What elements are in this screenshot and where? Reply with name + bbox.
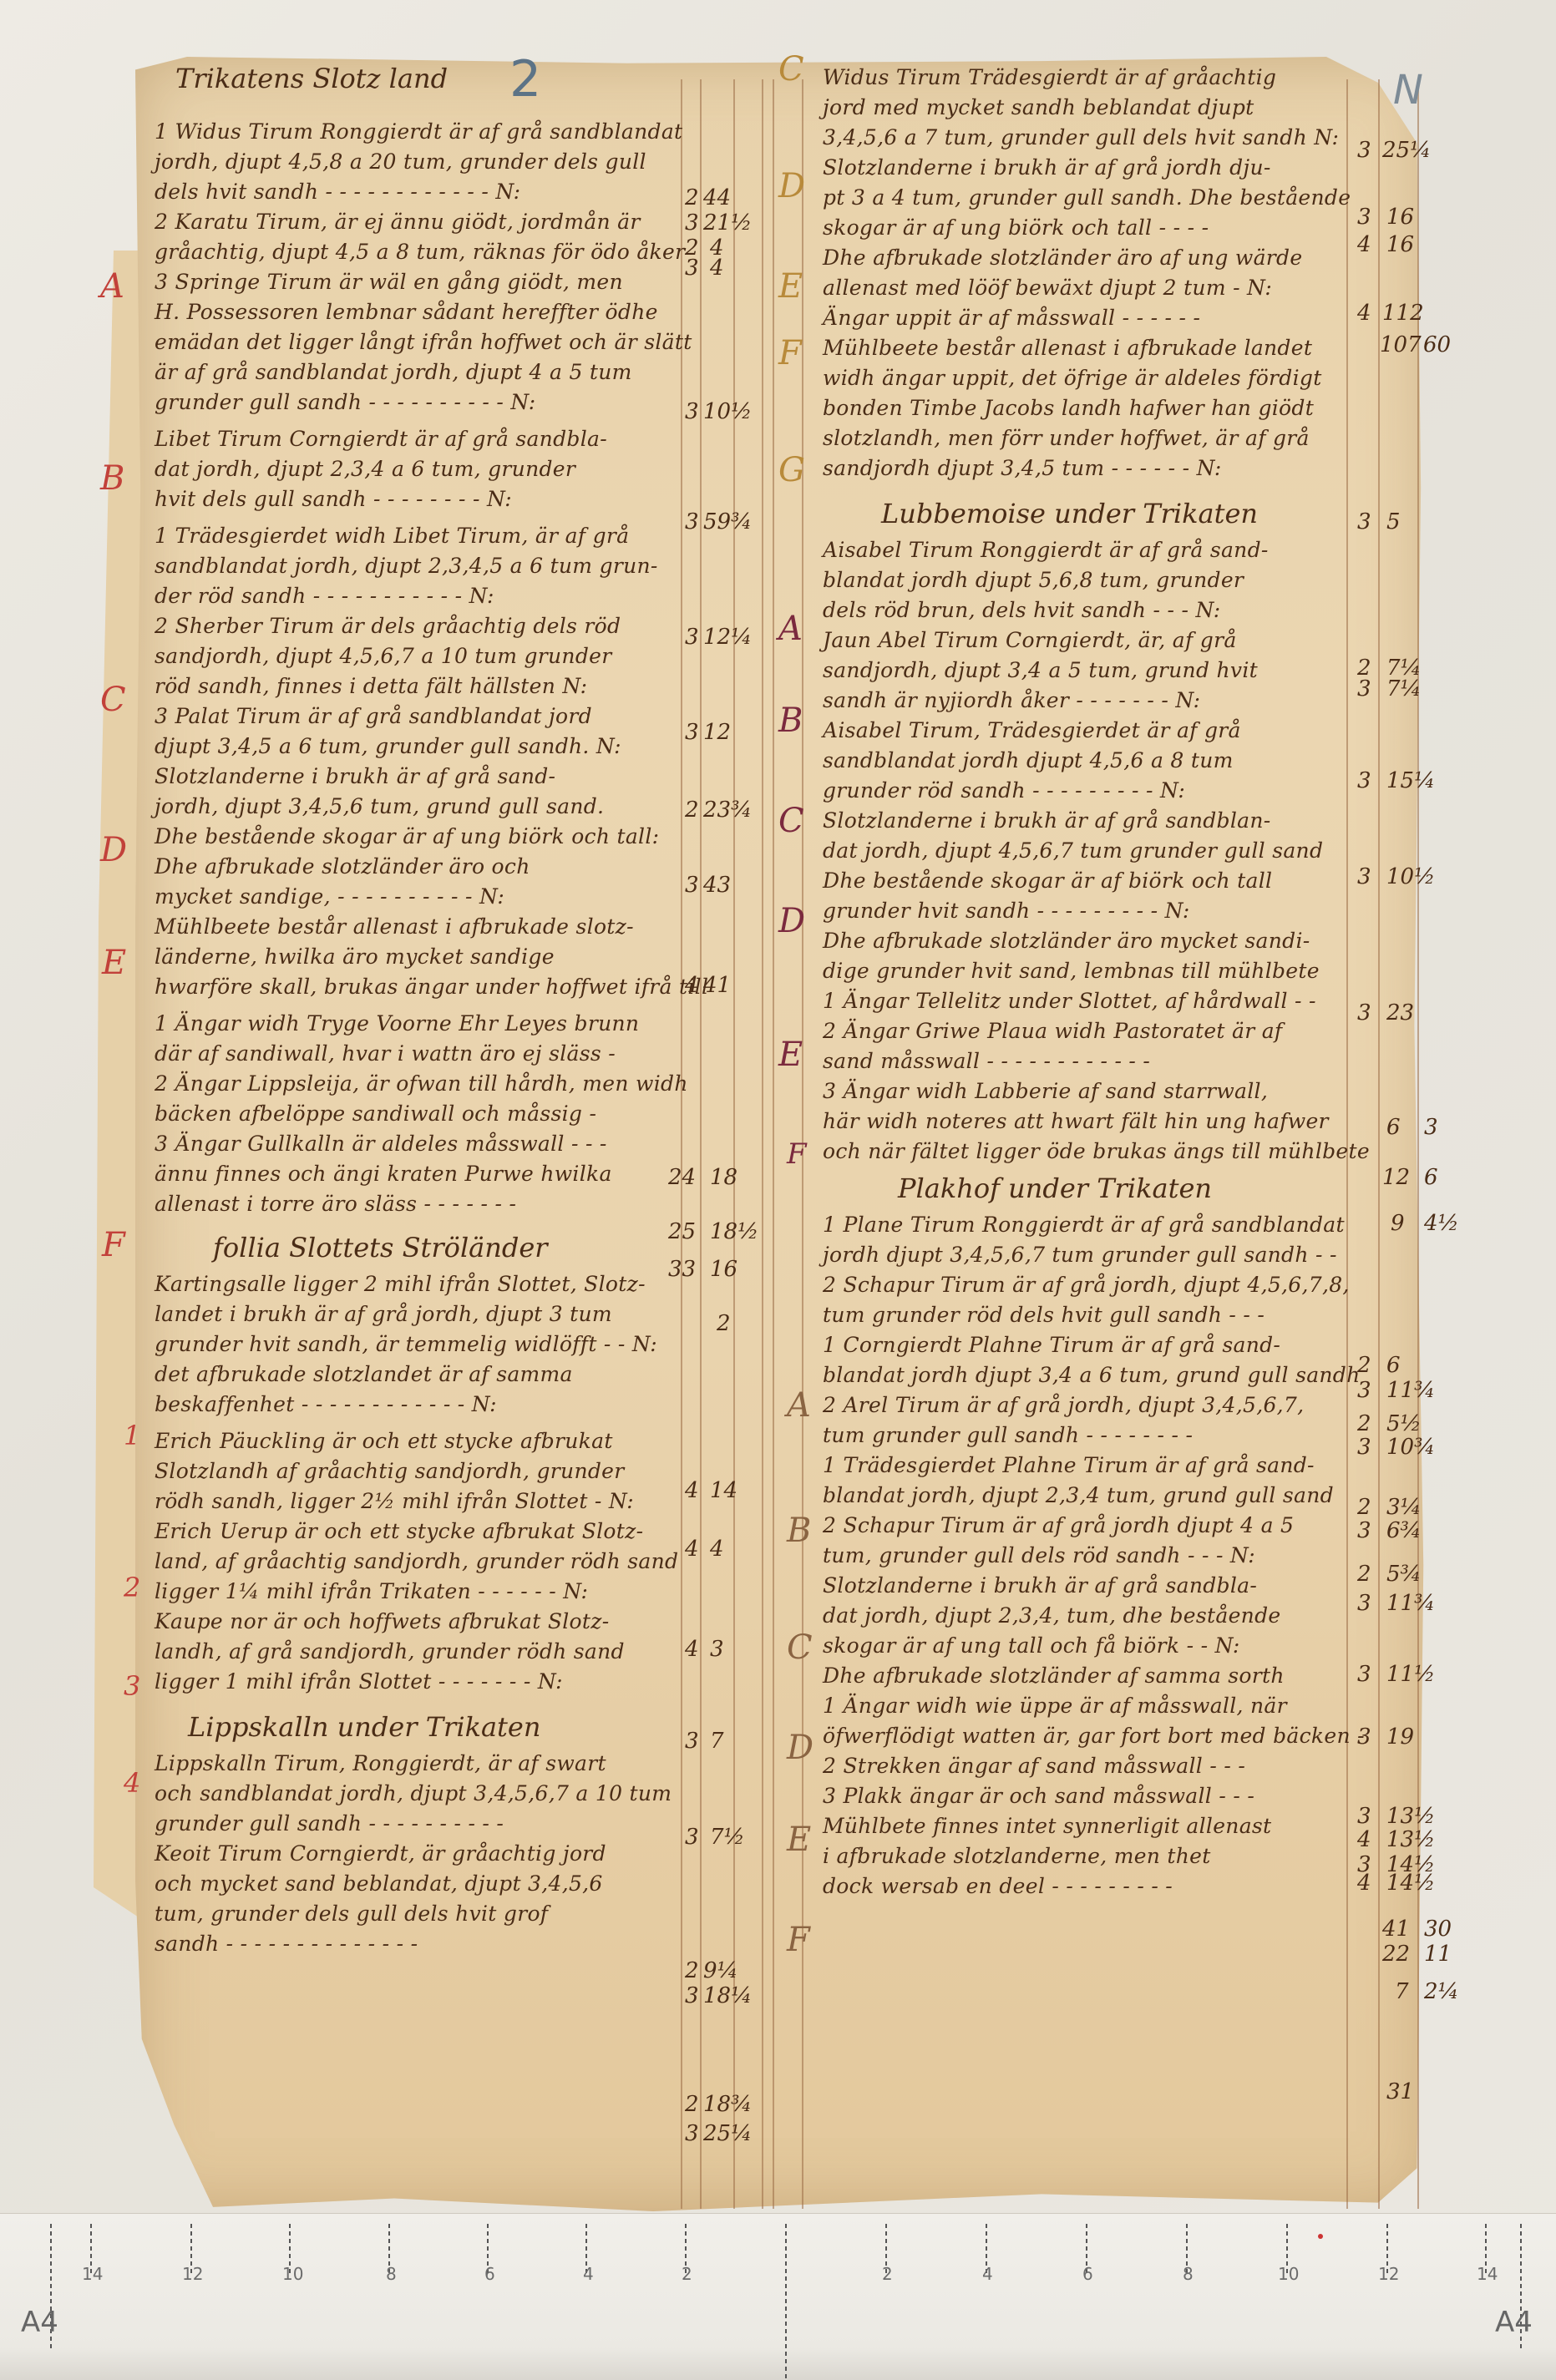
text-line: 2 Ängar Griwe Plaua widh Pastoratet är a… <box>823 1016 1345 1046</box>
text-line: dels röd brun, dels hvit sandh - - - N: <box>823 595 1345 625</box>
page-title: Trikatens Slotz land <box>175 60 448 97</box>
text-line: blandat jordh djupt 5,6,8 tum, grunder <box>823 565 1345 595</box>
text-line: allenast i torre äro släss - - - - - - - <box>155 1189 681 1219</box>
right-n-rule <box>1378 79 1380 2209</box>
tally-value: 5½ <box>1386 1411 1422 1436</box>
tally-value: 10½ <box>1386 864 1435 889</box>
tally-n: 3 <box>1357 509 1371 534</box>
entry-widus: 1 Widus Tirum Ronggierdt är af grå sandb… <box>155 117 681 1219</box>
text-line: 3 Ängar Gullkalln är aldeles måsswall - … <box>155 1129 681 1159</box>
text-line: dige grunder hvit sand, lembnas till müh… <box>823 956 1345 986</box>
tally-n: 4 <box>685 973 699 998</box>
tally-value: 21½ <box>703 210 752 235</box>
measurement-ruler: 14 12 10 8 6 4 2 2 4 6 8 10 12 14 A4 A4 <box>0 2213 1556 2380</box>
tally-value: 7¼ <box>1386 676 1422 701</box>
tally-n: 3 <box>1357 1591 1371 1616</box>
tally-value: 43 <box>703 873 731 898</box>
text-line: jordh, djupt 3,4,5,6 tum, grund gull san… <box>155 792 681 822</box>
text-line: 3,4,5,6 a 7 tum, grunder gull dels hvit … <box>823 123 1345 153</box>
text-line: Widus Tirum Trädesgierdt är af gråachtig <box>823 63 1345 93</box>
text-line: Erich Uerup är och ett stycke afbrukat S… <box>155 1517 681 1547</box>
tally-value: 6¾ <box>1386 1518 1422 1543</box>
tally-value: 18 <box>710 1165 737 1190</box>
text-line: 1 Trädesgierdet widh Libet Tirum, är af … <box>155 521 681 551</box>
text-line: Aisabel Tirum, Trädesgierdet är af grå <box>823 716 1345 746</box>
tally-n: 3 <box>685 256 699 281</box>
tally-value: 4½ <box>1424 1211 1459 1236</box>
text-line: sandblandat jordh djupt 4,5,6 a 8 tum <box>823 746 1345 776</box>
tally-n: 25 <box>668 1219 696 1244</box>
text-line: 2 Schapur Tirum är af grå jordh djupt 4 … <box>823 1511 1345 1541</box>
margin-letter-e: E <box>778 267 803 306</box>
margin-letter-e: E <box>102 944 126 982</box>
margin-letter-c: C <box>100 681 126 719</box>
tally-n: 2 <box>1357 1495 1371 1520</box>
tally-value: 16 <box>1386 232 1414 257</box>
text-line: där af sandiwall, hvar i wattn äro ej sl… <box>155 1039 681 1069</box>
text-line: och sandblandat jordh, djupt 3,4,5,6,7 a… <box>155 1779 681 1809</box>
margin-letter-e: E <box>778 1036 803 1074</box>
tally-value: 3 <box>1424 1115 1438 1140</box>
left-text-rule <box>681 79 682 2209</box>
text-line: skogar är af ung tall och få biörk - - N… <box>823 1631 1345 1661</box>
text-line: Keoit Tirum Corngierdt, är gråachtig jor… <box>155 1839 681 1869</box>
tally-value: 11¾ <box>1386 1378 1435 1403</box>
text-line: grunder gull sandh - - - - - - - - - - N… <box>155 387 681 418</box>
text-line: ligger 1 mihl ifrån Slottet - - - - - - … <box>155 1667 681 1697</box>
text-line: blandat jordh, djupt 2,3,4 tum, grund gu… <box>823 1481 1345 1511</box>
tally-n: 3 <box>1357 1804 1371 1829</box>
tally-value: 30 <box>1424 1917 1452 1942</box>
tally-n: 41 <box>1382 1917 1410 1942</box>
section-plakhof: 1 Plane Tirum Ronggierdt är af grå sandb… <box>823 1210 1345 1901</box>
text-line: Ängar uppit är af måsswall - - - - - - <box>823 303 1345 333</box>
text-line: Dhe afbrukade slotzländer äro af ung wär… <box>823 243 1345 273</box>
section-heading-lubbemoise: Lubbemoise under Trikaten <box>881 495 1345 532</box>
tally-value: 11½ <box>1386 1662 1435 1687</box>
text-line: Erich Päuckling är och ett stycke afbruk… <box>155 1426 681 1456</box>
text-line: bäcken afbelöppe sandiwall och måssig - <box>155 1099 681 1129</box>
section-lubbemoise: Aisabel Tirum Ronggierdt är af grå sand-… <box>823 535 1345 1167</box>
text-line: dat jordh, djupt 2,3,4, tum, dhe beståen… <box>823 1601 1345 1631</box>
text-line: jordh, djupt 4,5,8 a 20 tum, grunder del… <box>155 147 681 177</box>
tally-value: 23¾ <box>703 798 752 823</box>
tally-n: 2 <box>685 798 699 823</box>
tally-n: 3 <box>1357 1435 1371 1460</box>
text-line: Slotzlanderne i brukh är af grå sandblan… <box>823 806 1345 836</box>
ruler-label: 12 <box>182 2264 203 2284</box>
tally-n: 2 <box>685 1958 699 1983</box>
right-entries: Widus Tirum Trädesgierdt är af gråachtig… <box>823 63 1345 484</box>
tally-value: 5 <box>1386 509 1401 534</box>
text-line: och när fältet ligger öde brukas ängs ti… <box>823 1137 1345 1167</box>
tally-value: 13½ <box>1386 1827 1435 1852</box>
tally-value: 60 <box>1423 332 1451 357</box>
margin-letter-g: G <box>778 451 805 489</box>
text-line: Jaun Abel Tirum Corngierdt, är, af grå <box>823 625 1345 656</box>
right-column: Widus Tirum Trädesgierdt är af gråachtig… <box>823 63 1345 1901</box>
ruler-label: 4 <box>583 2264 594 2284</box>
text-line: skogar är af ung biörk och tall - - - - <box>823 213 1345 243</box>
text-line: 3 Springe Tirum är wäl en gång giödt, me… <box>155 267 681 297</box>
tally-value: 14½ <box>1386 1871 1435 1896</box>
tally-value: 13½ <box>1386 1804 1435 1829</box>
ruler-a4-label-left: A4 <box>21 2306 58 2339</box>
tally-n: 24 <box>668 1165 696 1190</box>
tally-value: 112 <box>1382 301 1424 326</box>
tally-n: 2 <box>685 2092 699 2117</box>
tally-value: 2 <box>717 1311 731 1336</box>
text-line: sandblandat jordh, djupt 2,3,4,5 a 6 tum… <box>155 551 681 581</box>
tally-value: 4 <box>710 1537 724 1562</box>
text-line: öfwerflödigt watten är, gar fort bort me… <box>823 1721 1345 1751</box>
text-line: 2 Strekken ängar af sand måsswall - - - <box>823 1751 1345 1781</box>
margin-letter-d: D <box>778 902 805 940</box>
tally-n: 6 <box>1386 1115 1401 1140</box>
text-line: Slotzlanderne i brukh är af grå sandbla- <box>823 1571 1345 1601</box>
text-line: här widh noteres att hwart fält hin ung … <box>823 1106 1345 1137</box>
tally-n: 4 <box>1357 1871 1371 1896</box>
text-line: Slotzlanderne i brukh är af grå sand- <box>155 762 681 792</box>
tally-n: 4 <box>1357 232 1371 257</box>
ruler-label: 4 <box>982 2264 993 2284</box>
tally-value: 4 <box>710 256 724 281</box>
margin-letter-c: C <box>778 802 804 840</box>
text-line: dels hvit sandh - - - - - - - - - - - - … <box>155 177 681 207</box>
tally-value: 16 <box>710 1257 737 1282</box>
text-line: der röd sandh - - - - - - - - - - - N: <box>155 581 681 611</box>
text-line: grunder hvit sandh, är temmelig widlöfft… <box>155 1329 681 1360</box>
text-line: röd sandh, finnes i detta fält hällsten … <box>155 671 681 701</box>
tally-value: 12¼ <box>703 625 752 650</box>
text-line: 1 Ängar widh wie üppe är af måsswall, nä… <box>823 1691 1345 1721</box>
ruler-label: 12 <box>1378 2264 1399 2284</box>
text-line: Dhe afbrukade slotzländer af samma sorth <box>823 1661 1345 1691</box>
text-line: widh ängar uppit, det öfrige är aldeles … <box>823 363 1345 393</box>
tally-n: 3 <box>1357 1518 1371 1543</box>
tally-value: 6 <box>1386 1353 1401 1378</box>
section-lippskalln: Lippskalln Tirum, Ronggierdt, är af swar… <box>155 1749 681 1959</box>
text-line: Mühlbeete består allenast i afbrukade la… <box>823 333 1345 363</box>
text-line: det afbrukade slotzlandet är af samma <box>155 1360 681 1390</box>
text-line: sandjordh djupt 3,4,5 tum - - - - - - N: <box>823 453 1345 484</box>
tally-n: 3 <box>685 625 699 650</box>
text-line: grunder röd sandh - - - - - - - - - N: <box>823 776 1345 806</box>
tally-value: 18¾ <box>703 2092 752 2117</box>
text-line: landh, af grå sandjordh, grunder rödh sa… <box>155 1637 681 1667</box>
margin-number-2: 2 <box>124 1572 140 1603</box>
text-line: tum grunder röd dels hvit gull sandh - -… <box>823 1300 1345 1330</box>
text-line: Libet Tirum Corngierdt är af grå sandbla… <box>155 424 681 454</box>
tally-n: 3 <box>685 2121 699 2146</box>
margin-letter-b: B <box>787 1512 811 1550</box>
text-line: 1 Ängar widh Tryge Voorne Ehr Leyes brun… <box>155 1009 681 1039</box>
ruler-label: 14 <box>1477 2264 1498 2284</box>
text-line: och mycket sand beblandat, djupt 3,4,5,6 <box>155 1869 681 1899</box>
margin-letter-a: A <box>778 610 803 648</box>
tally-n: 3 <box>1357 1724 1371 1750</box>
margin-letter-c: C <box>778 50 804 89</box>
tally-n: 3 <box>1357 205 1371 230</box>
tally-value: 14 <box>710 1478 737 1503</box>
margin-letter-f: F <box>102 1226 125 1264</box>
section-heading-lippskalln: Lippskalln under Trikaten <box>188 1709 681 1745</box>
tally-n: 3 <box>1357 864 1371 889</box>
text-line: emädan det ligger långt ifrån hoffwet oc… <box>155 327 681 357</box>
margin-letter-a: A <box>787 1386 811 1425</box>
tally-n: 3 <box>685 1729 699 1754</box>
text-line: tum grunder gull sandh - - - - - - - - <box>823 1420 1345 1451</box>
tally-n: 2 <box>1357 1562 1371 1587</box>
tally-n: 3 <box>685 1983 699 2008</box>
pencil-mark: N <box>1393 67 1423 114</box>
text-line: hvit dels gull sandh - - - - - - - - N: <box>155 484 681 514</box>
text-line: Dhe afbrukade slotzländer äro och <box>155 852 681 882</box>
ruler-label: 2 <box>882 2264 893 2284</box>
margin-number-4: 4 <box>124 1767 140 1799</box>
section-strolander: Kartingsalle ligger 2 mihl ifrån Slottet… <box>155 1269 681 1697</box>
ruler-label: 8 <box>386 2264 397 2284</box>
tally-value: 19 <box>1386 1724 1414 1750</box>
text-line: 2 Arel Tirum är af grå jordh, djupt 3,4,… <box>823 1390 1345 1420</box>
tally-value: 15¼ <box>1386 768 1435 793</box>
tally-n: 3 <box>1357 768 1371 793</box>
section-heading-strolander: follia Slottets Ströländer <box>213 1229 681 1266</box>
margin-letter-f: F <box>787 1137 807 1171</box>
tally-value: 25¼ <box>1382 138 1431 163</box>
tally-value: 31 <box>1386 2079 1414 2104</box>
text-line: tum, grunder dels gull dels hvit grof <box>155 1899 681 1929</box>
margin-number-1: 1 <box>124 1420 140 1451</box>
text-line: 3 Palat Tirum är af grå sandblandat jord <box>155 701 681 732</box>
text-line: Aisabel Tirum Ronggierdt är af grå sand- <box>823 535 1345 565</box>
text-line: allenast med lööf bewäxt djupt 2 tum - N… <box>823 273 1345 303</box>
ruler-label: 10 <box>282 2264 303 2284</box>
tally-n: 3 <box>685 720 699 745</box>
tally-value: 10½ <box>703 399 752 424</box>
text-line: 1 Ängar Tellelitz under Slottet, af hård… <box>823 986 1345 1016</box>
tally-value: 12 <box>703 720 731 745</box>
ruler-label: 10 <box>1278 2264 1299 2284</box>
text-line: ännu finnes och ängi kraten Purwe hwilka <box>155 1159 681 1189</box>
tally-n: 3 <box>1357 1000 1371 1025</box>
text-line: dat jordh, djupt 4,5,6,7 tum grunder gul… <box>823 836 1345 866</box>
tally-n: 3 <box>685 210 699 235</box>
text-line: sandjordh, djupt 4,5,6,7 a 10 tum grunde… <box>155 641 681 671</box>
tally-n: 3 <box>685 873 699 898</box>
text-line: Kartingsalle ligger 2 mihl ifrån Slottet… <box>155 1269 681 1299</box>
margin-letter-e: E <box>787 1820 811 1859</box>
ruler-label: 8 <box>1183 2264 1194 2284</box>
tally-n: 7 <box>1395 1979 1409 2004</box>
text-line: mycket sandige, - - - - - - - - - - N: <box>155 882 681 912</box>
text-line: Dhe afbrukade slotzländer äro mycket san… <box>823 926 1345 956</box>
text-line: 1 Corngierdt Plahne Tirum är af grå sand… <box>823 1330 1345 1360</box>
tally-n: 3 <box>685 399 699 424</box>
tally-n: 33 <box>668 1257 696 1282</box>
text-line: grunder hvit sandh - - - - - - - - - N: <box>823 896 1345 926</box>
text-line: sandh är nyjiordh åker - - - - - - - N: <box>823 686 1345 716</box>
text-line: Dhe bestående skogar är af biörk och tal… <box>823 866 1345 896</box>
text-line: 3 Ängar widh Labberie af sand starrwall, <box>823 1076 1345 1106</box>
text-line: 1 Trädesgierdet Plahne Tirum är af grå s… <box>823 1451 1345 1481</box>
ruler-label: 6 <box>1082 2264 1093 2284</box>
text-line: 1 Plane Tirum Ronggierdt är af grå sandb… <box>823 1210 1345 1240</box>
text-line: bonden Timbe Jacobs landh hafwer han giö… <box>823 393 1345 423</box>
tally-value: 41 <box>703 973 731 998</box>
text-line: Slotzlanderne i brukh är af grå jordh dj… <box>823 153 1345 183</box>
tally-n: 107 <box>1380 332 1422 357</box>
tally-value: 5¾ <box>1386 1562 1422 1587</box>
tally-value: 23 <box>1386 1000 1414 1025</box>
text-line: sand måsswall - - - - - - - - - - - - <box>823 1046 1345 1076</box>
tally-n: 4 <box>685 1478 699 1503</box>
tally-value: 44 <box>703 185 731 210</box>
text-line: dock wersab en deel - - - - - - - - - <box>823 1871 1345 1901</box>
margin-letter-f: F <box>778 334 802 372</box>
tally-value: 3 <box>710 1637 724 1662</box>
tally-n: 9 <box>1391 1211 1405 1236</box>
text-line: jordh djupt 3,4,5,6,7 tum grunder gull s… <box>823 1240 1345 1270</box>
text-line: i afbrukade slotzlanderne, men thet <box>823 1841 1345 1871</box>
text-line: Dhe bestående skogar är af ung biörk och… <box>155 822 681 852</box>
text-line: Kaupe nor är och hoffwets afbrukat Slotz… <box>155 1607 681 1637</box>
text-line: 2 Ängar Lippsleija, är ofwan till hårdh,… <box>155 1069 681 1099</box>
tally-value: 16 <box>1386 205 1414 230</box>
margin-letter-d: D <box>778 167 805 205</box>
tally-n: 22 <box>1382 1942 1410 1967</box>
ruler-label: 6 <box>484 2264 495 2284</box>
tally-value: 2¼ <box>1424 1979 1459 2004</box>
tally-n: 4 <box>1357 301 1371 326</box>
text-line: sandjordh, djupt 3,4 a 5 tum, grund hvit <box>823 656 1345 686</box>
tally-n: 2 <box>685 185 699 210</box>
text-line: tum, grunder gull dels röd sandh - - - N… <box>823 1541 1345 1571</box>
text-line: 2 Sherber Tirum är dels gråachtig dels r… <box>155 611 681 641</box>
text-line: Slotzlandh af gråachtig sandjordh, grund… <box>155 1456 681 1486</box>
tally-n: 4 <box>1357 1827 1371 1852</box>
page-number: 2 <box>509 50 541 109</box>
text-line: Lippskalln Tirum, Ronggierdt, är af swar… <box>155 1749 681 1779</box>
tally-n: 2 <box>1357 1411 1371 1436</box>
tally-value: 7 <box>710 1729 724 1754</box>
text-line: djupt 3,4,5 a 6 tum, grunder gull sandh.… <box>155 732 681 762</box>
margin-letter-c: C <box>787 1628 813 1667</box>
text-line: pt 3 a 4 tum, grunder gull sandh. Dhe be… <box>823 183 1345 213</box>
text-line: H. Possessoren lembnar sådant hereffter … <box>155 297 681 327</box>
text-line: 1 Widus Tirum Ronggierdt är af grå sandb… <box>155 117 681 147</box>
tally-value: 25¼ <box>703 2121 752 2146</box>
tally-value: 10¾ <box>1386 1435 1435 1460</box>
text-line: hwarföre skall, brukas ängar under hoffw… <box>155 972 681 1002</box>
gutter-rule-2 <box>773 79 774 2209</box>
ruler-red-mark <box>1318 2234 1323 2239</box>
text-line: är af grå sandblandat jordh, djupt 4 a 5… <box>155 357 681 387</box>
tally-n: 4 <box>685 1537 699 1562</box>
tally-value: 11 <box>1424 1942 1452 1967</box>
text-line: landet i brukh är af grå jordh, djupt 3 … <box>155 1299 681 1329</box>
text-line: sandh - - - - - - - - - - - - - - <box>155 1929 681 1959</box>
tally-n: 3 <box>1357 676 1371 701</box>
tally-n: 3 <box>685 509 699 534</box>
margin-letter-d: D <box>100 831 127 869</box>
tally-n: 4 <box>685 1637 699 1662</box>
margin-letter-d: D <box>787 1729 813 1767</box>
text-line: 3 Plakk ängar är och sand måsswall - - - <box>823 1781 1345 1811</box>
text-line: rödh sandh, ligger 2½ mihl ifrån Slottet… <box>155 1486 681 1517</box>
tally-n: 2 <box>1357 1353 1371 1378</box>
margin-letter-b: B <box>100 459 124 498</box>
tally-value: 59¾ <box>703 509 752 534</box>
ruler-center-tick <box>785 2224 787 2380</box>
gutter-rule-1 <box>762 79 763 2209</box>
ruler-a4-label-right: A4 <box>1495 2306 1533 2339</box>
tally-n: 3 <box>685 1825 699 1850</box>
tally-n: 12 <box>1382 1165 1410 1190</box>
left-n-rule <box>700 79 702 2209</box>
left-column: 1 Widus Tirum Ronggierdt är af grå sandb… <box>155 117 681 1959</box>
margin-letter-f: F <box>787 1921 810 1959</box>
tally-value: 3¼ <box>1386 1495 1422 1520</box>
text-line: jord med mycket sandh beblandat djupt <box>823 93 1345 123</box>
tally-value: 18½ <box>710 1219 758 1244</box>
section-heading-plakhof: Plakhof under Trikaten <box>898 1170 1345 1207</box>
margin-letter-b: B <box>778 701 803 740</box>
text-line: slotzlandh, men förr under hoffwet, är a… <box>823 423 1345 453</box>
text-line: 2 Karatu Tirum, är ej ännu giödt, jordmå… <box>155 207 681 237</box>
tally-value: 7½ <box>710 1825 745 1850</box>
text-line: grunder gull sandh - - - - - - - - - - <box>155 1809 681 1839</box>
tally-n: 3 <box>1357 1662 1371 1687</box>
tally-value: 11¾ <box>1386 1591 1435 1616</box>
text-line: land, af gråachtig sandjordh, grunder rö… <box>155 1547 681 1577</box>
margin-number-3: 3 <box>124 1670 140 1702</box>
text-line: Mühlbete finnes intet synnerligit allena… <box>823 1811 1345 1841</box>
text-line: blandat jordh djupt 3,4 a 6 tum, grund g… <box>823 1360 1345 1390</box>
text-line: länderne, hwilka äro mycket sandige <box>155 942 681 972</box>
ruler-label: 2 <box>682 2264 692 2284</box>
tally-n: 3 <box>1357 1378 1371 1403</box>
text-line: gråachtig, djupt 4,5 a 8 tum, räknas för… <box>155 237 681 267</box>
tally-value: 6 <box>1424 1165 1438 1190</box>
text-line: Mühlbeete består allenast i afbrukade sl… <box>155 912 681 942</box>
tally-n: 3 <box>1357 138 1371 163</box>
margin-letter-a: A <box>100 267 124 306</box>
tally-value: 9¼ <box>703 1958 738 1983</box>
text-line: dat jordh, djupt 2,3,4 a 6 tum, grunder <box>155 454 681 484</box>
text-line: ligger 1¼ mihl ifrån Trikaten - - - - - … <box>155 1577 681 1607</box>
text-line: 2 Schapur Tirum är af grå jordh, djupt 4… <box>823 1270 1345 1300</box>
text-line: beskaffenhet - - - - - - - - - - - - N: <box>155 1390 681 1420</box>
tally-value: 18¼ <box>703 1983 752 2008</box>
ruler-label: 14 <box>82 2264 103 2284</box>
